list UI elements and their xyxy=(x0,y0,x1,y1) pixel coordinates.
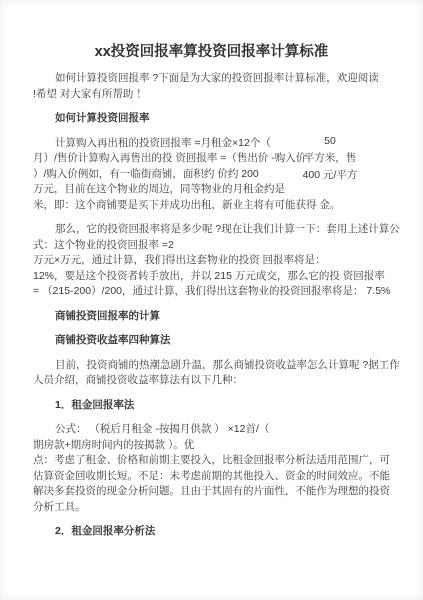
text-line: 12%，要是这个投资者转手放出，并以 215 万元成交，那么它的投 资回报率 xyxy=(33,269,390,285)
area-unit: 平方米，售 xyxy=(272,150,388,167)
document-page: xx投资回报率算投资回报率计算标准 如何计算投资回报率 ?下面是为大家的投资回报… xyxy=(0,0,423,600)
section-heading-four-methods: 商铺投资收益率四种算法 xyxy=(55,333,390,349)
text-line: !希望 对大家有所帮助 ！ xyxy=(33,87,390,103)
text-line: 万元×万元，通过计算，我们得出这套物业的投资 回报率将是： xyxy=(33,253,390,269)
area-value: 50 xyxy=(272,133,388,150)
calculation-example-paragraph: 那么，它的投资回报率将是多少呢 ?现在让我们计算一下：套用上述计算公 式：这个物… xyxy=(33,222,390,300)
intro-paragraph: 如何计算投资回报率 ?下面是为大家的投资回报率计算标准，欢迎阅读 !希望 对大家… xyxy=(33,71,390,102)
text-line: 那么，它的投资回报率将是多少呢 ?现在让我们计算一下：套用上述计算公 xyxy=(33,222,390,238)
formula-paragraph: 50 平方米，售 400 元/平方 计算购入再出租的投资回报率 =月租金×12个… xyxy=(33,136,390,214)
text-line: 目前，投资商铺的热潮急剧升温，那么商铺投资收益率怎么计算呢 ?据工作 xyxy=(33,358,390,374)
text-line: 解决多套投资的现金分析问题。且由于其固有的片面性，不能作为理想的投资 xyxy=(33,484,390,500)
price-per-sqm: 400 元/平方 xyxy=(272,167,388,184)
text-line: 米，即：这个商铺要是买下并成功出租，新业主将有可能获得 金。 xyxy=(33,198,390,214)
list-heading-method-2: 2．租金回报率分析法 xyxy=(55,524,390,540)
area-price-note: 50 平方米，售 400 元/平方 xyxy=(272,133,388,184)
text-line: 估算资金回收期长短。不足：未考虑前期的其他投入、资金的时间效应。不能 xyxy=(33,469,390,485)
text-line: 分析工具。 xyxy=(33,500,390,516)
section-heading-shop-return-calc: 商铺投资回报率的计算 xyxy=(55,309,390,325)
text-line: 人员介绍，商铺投资收益率算法有以下几种： xyxy=(33,373,390,389)
section-heading-how-to-calculate: 如何计算投资回报率 xyxy=(55,111,390,127)
text-line: = （215-200）/200，通过计算，我们得出这套物业的投资回报率将是： 7… xyxy=(33,284,390,300)
document-title: xx投资回报率算投资回报率计算标准 xyxy=(33,42,390,62)
text-line: 万元，目前在这个物业的周边，同等物业的月租金约是 xyxy=(33,182,390,198)
text-line: 式：这个物业的投资回报率 =2 xyxy=(33,238,390,254)
methods-intro-paragraph: 目前，投资商铺的热潮急剧升温，那么商铺投资收益率怎么计算呢 ?据工作 人员介绍，… xyxy=(33,358,390,389)
text-line: 公式： （税后月租金 -按揭月供款 ） ×12首/（ xyxy=(33,422,390,438)
text-line: 如何计算投资回报率 ?下面是为大家的投资回报率计算标准，欢迎阅读 xyxy=(33,71,390,87)
method-1-paragraph: 公式： （税后月租金 -按揭月供款 ） ×12首/（ 期房款+期房时间内的按揭款… xyxy=(33,422,390,515)
text-line: 点：考虑了租金、价格和前期主要投入，比租金回报率分析法适用范围广，可 xyxy=(33,453,390,469)
list-heading-method-1: 1．租金回报率法 xyxy=(55,398,390,414)
text-line: 期房款+期房时间内的按揭款 ）。优 xyxy=(33,438,390,454)
